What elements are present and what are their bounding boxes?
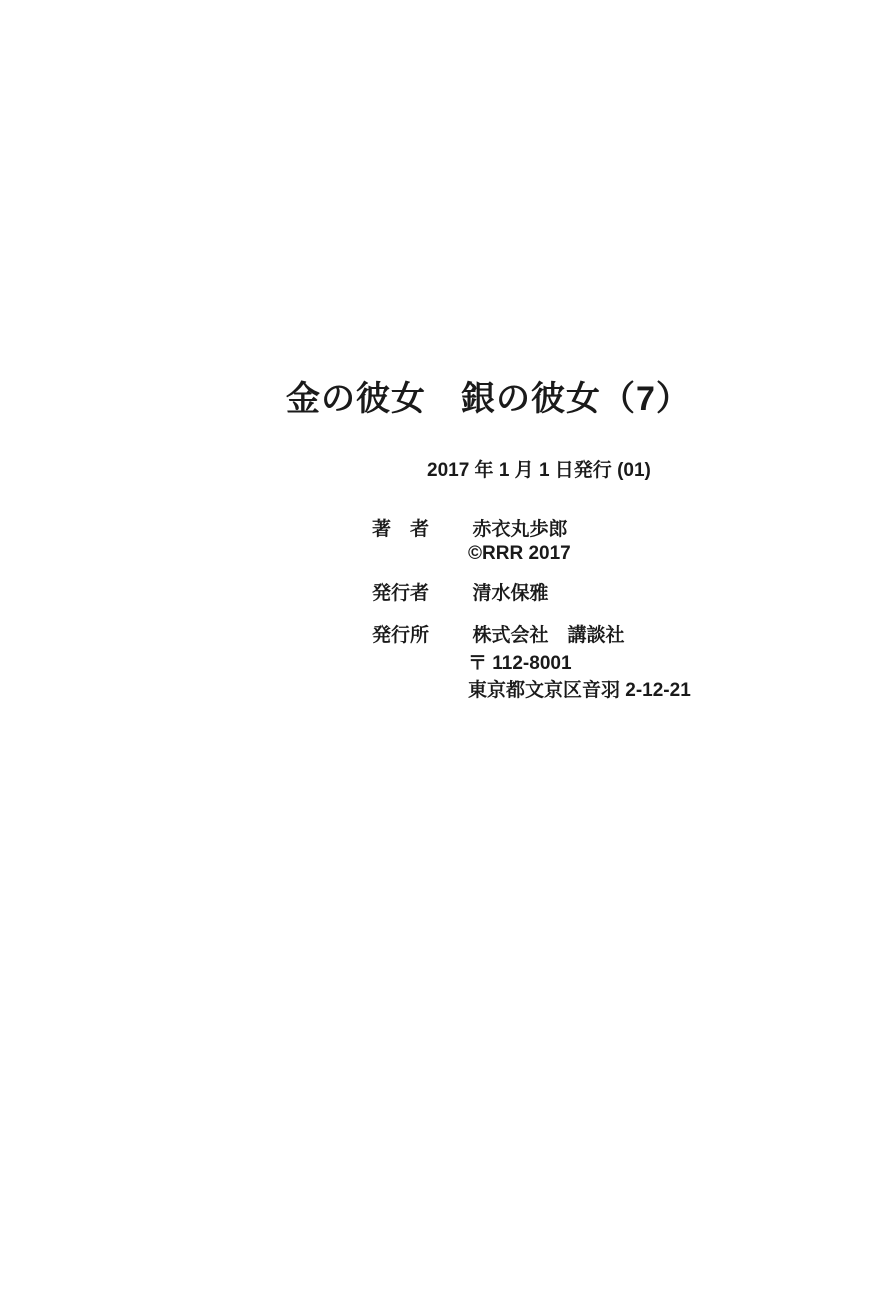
publisher-address: 東京都文京区音羽 2-12-21 (468, 675, 691, 702)
copyright-line: ©RRR 2017 (468, 543, 571, 565)
author-name: 赤衣丸歩郎 (472, 514, 567, 541)
author-label: 著 者 (372, 514, 468, 541)
publisher-row: 発行者 清水保雅 (372, 578, 548, 605)
author-row: 著 者 赤衣丸歩郎 (372, 514, 567, 541)
colophon-page: 金の彼女 銀の彼女（7） 2017 年 1 月 1 日発行 (01) 著 者 赤… (0, 0, 869, 1300)
publishing-house-name: 株式会社 講談社 (472, 620, 624, 647)
page-title: 金の彼女 銀の彼女（7） (286, 371, 691, 420)
publishing-house-label: 発行所 (372, 620, 468, 647)
issue-date: 2017 年 1 月 1 日発行 (01) (427, 455, 651, 482)
postal-code: 〒 112-8001 (468, 648, 572, 675)
publisher-label: 発行者 (372, 578, 468, 605)
publishing-house-row: 発行所 株式会社 講談社 (372, 620, 624, 647)
publisher-name: 清水保雅 (472, 578, 548, 605)
